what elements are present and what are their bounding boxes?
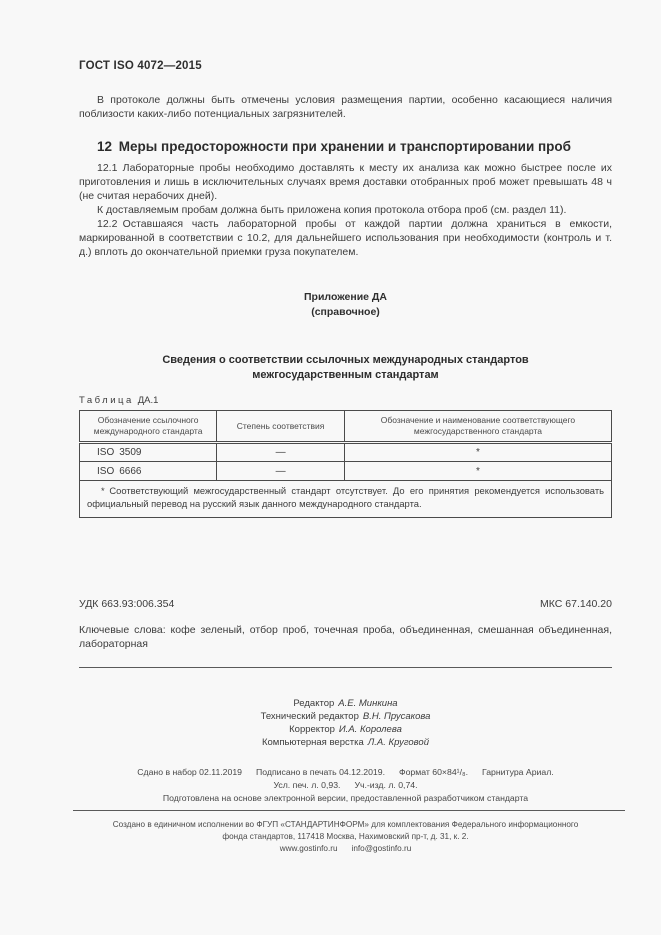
staff-name: И.А. Королева (339, 724, 402, 735)
document-page: ГОСТ ISO 4072—2015 В протоколе должны бы… (0, 0, 661, 935)
staff-role: Компьютерная верстка (262, 737, 364, 748)
section-paragraph: К доставляемым пробам должна быть прилож… (79, 203, 612, 217)
mks-code: МКС 67.140.20 (540, 598, 612, 610)
annex-title-line1: Сведения о соответствии ссылочных междун… (79, 353, 612, 368)
staff-line: КорректорИ.А. Королева (79, 723, 612, 736)
table-header-cell: Степень соответствия (217, 411, 345, 443)
staff-role: Редактор (293, 698, 334, 709)
staff-name: Л.А. Круговой (368, 737, 429, 748)
imprint-typeface: Гарнитура Ариал. (482, 767, 554, 777)
imprint-print-date: Подписано в печать 04.12.2019. (256, 767, 385, 777)
table-row: ISO 3509 — * (80, 443, 612, 462)
publisher-email: info@gostinfo.ru (352, 844, 412, 853)
section-paragraph: 12.2 Оставшаяся часть лабораторной пробы… (79, 217, 612, 259)
horizontal-rule (79, 667, 612, 668)
table-caption-number: ДА.1 (138, 395, 159, 406)
staff-line: РедакторА.Е. Минкина (79, 697, 612, 710)
table-cell-interstate: * (344, 443, 611, 462)
horizontal-rule (73, 810, 625, 811)
keywords: Ключевые слова: кофе зеленый, отбор проб… (79, 623, 612, 651)
imprint-line: Усл. печ. л. 0,93.Уч.-изд. л. 0,74. (79, 779, 612, 792)
intro-paragraph: В протоколе должны быть отмечены условия… (79, 93, 612, 121)
table-cell-standard: ISO 6666 (80, 462, 217, 481)
staff-line: Компьютерная версткаЛ.А. Круговой (79, 736, 612, 749)
codes-row: УДК 663.93:006.354 МКС 67.140.20 (79, 598, 612, 610)
table-header-row: Обозначение ссылочного международного ст… (80, 411, 612, 443)
publisher-block: Создано в единичном исполнении во ФГУП «… (79, 819, 612, 855)
table-cell-interstate: * (344, 462, 611, 481)
table-header-cell: Обозначение ссылочного международного ст… (80, 411, 217, 443)
imprint-pub-sheets: Уч.-изд. л. 0,74. (354, 780, 417, 790)
table-header: Обозначение ссылочного международного ст… (80, 411, 612, 443)
table-cell-degree: — (217, 443, 345, 462)
table-header-cell: Обозначение и наименование соответствующ… (344, 411, 611, 443)
table-cell-standard: ISO 3509 (80, 443, 217, 462)
publisher-website: www.gostinfo.ru (280, 844, 338, 853)
staff-role: Корректор (289, 724, 335, 735)
table-footnote: * Соответствующий межгосударственный ста… (80, 481, 612, 518)
annex-label: Приложение ДА (79, 290, 612, 305)
section-paragraph: 12.1 Лабораторные пробы необходимо доста… (79, 161, 612, 203)
page-content: ГОСТ ISO 4072—2015 В протоколе должны бы… (0, 0, 661, 855)
section-heading: 12 Меры предосторожности при хранении и … (79, 139, 612, 154)
table-cell-degree: — (217, 462, 345, 481)
staff-block: РедакторА.Е. Минкина Технический редакто… (79, 697, 612, 749)
staff-line: Технический редакторВ.Н. Прусакова (79, 710, 612, 723)
annex-title-line2: межгосударственным стандартам (79, 368, 612, 383)
imprint-print-sheets: Усл. печ. л. 0,93. (273, 780, 340, 790)
table-caption-word: Таблица (79, 395, 134, 406)
imprint-format: Формат 60×84¹/₈. (399, 767, 468, 777)
publisher-line1: Создано в единичном исполнении во ФГУП «… (79, 819, 612, 831)
publisher-line2: фонда стандартов, 117418 Москва, Нахимов… (79, 831, 612, 843)
staff-role: Технический редактор (261, 711, 359, 722)
annex-title: Сведения о соответствии ссылочных междун… (79, 353, 612, 383)
udk-code: УДК 663.93:006.354 (79, 598, 174, 610)
doc-number: ГОСТ ISO 4072—2015 (79, 60, 612, 72)
table-row: ISO 6666 — * (80, 462, 612, 481)
imprint-line: Сдано в набор 02.11.2019Подписано в печа… (79, 766, 612, 779)
annex-sublabel: (справочное) (79, 305, 612, 320)
publisher-contacts: www.gostinfo.ruinfo@gostinfo.ru (79, 843, 612, 855)
staff-name: А.Е. Минкина (338, 698, 397, 709)
table-footnote-row: * Соответствующий межгосударственный ста… (80, 481, 612, 518)
imprint-note: Подготовлена на основе электронной верси… (79, 792, 612, 805)
correspondence-table: Обозначение ссылочного международного ст… (79, 410, 612, 518)
table-caption: ТаблицаДА.1 (79, 395, 612, 406)
imprint-typeset-date: Сдано в набор 02.11.2019 (137, 767, 242, 777)
staff-name: В.Н. Прусакова (363, 711, 431, 722)
table-body: ISO 3509 — * ISO 6666 — * * Соответствую… (80, 443, 612, 518)
imprint-block: Сдано в набор 02.11.2019Подписано в печа… (79, 766, 612, 805)
